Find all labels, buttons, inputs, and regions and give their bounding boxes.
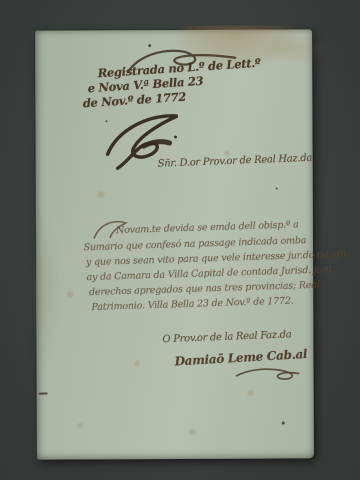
paragraph-initial-swash (92, 219, 133, 242)
body-line-6-dateline: Patrimonio. Villa Bella 23 de Nov.º de 1… (91, 296, 293, 314)
foxing-spot (247, 390, 255, 397)
top-right-stain (260, 31, 330, 65)
ink-speck (39, 393, 48, 395)
left-edge-shadow-stain (34, 210, 61, 370)
body-paragraph: Novam.te devida se emda dell obisp.º a S… (78, 219, 317, 323)
foxing-spot (187, 428, 198, 436)
foxing-spot (66, 290, 74, 298)
photograph-of-manuscript: Registrada no L.º de Lett.º e Nova V.ª B… (0, 0, 360, 480)
ink-speck (282, 422, 285, 425)
closing-line: O Prov.or de la Real Faz.da (162, 329, 291, 345)
ink-speck (276, 188, 278, 190)
foxing-spot (133, 360, 142, 367)
foxing-spot (96, 190, 106, 198)
body-line-1: Novam.te devida se emda dell obisp.º a (116, 219, 299, 236)
foxing-spot (77, 422, 84, 428)
capital-swash-flourish (123, 48, 243, 75)
ink-speck (148, 44, 151, 47)
manuscript-page: Registrada no L.º de Lett.º e Nova V.ª B… (35, 29, 314, 459)
signature-paraph-flourish (233, 365, 303, 383)
